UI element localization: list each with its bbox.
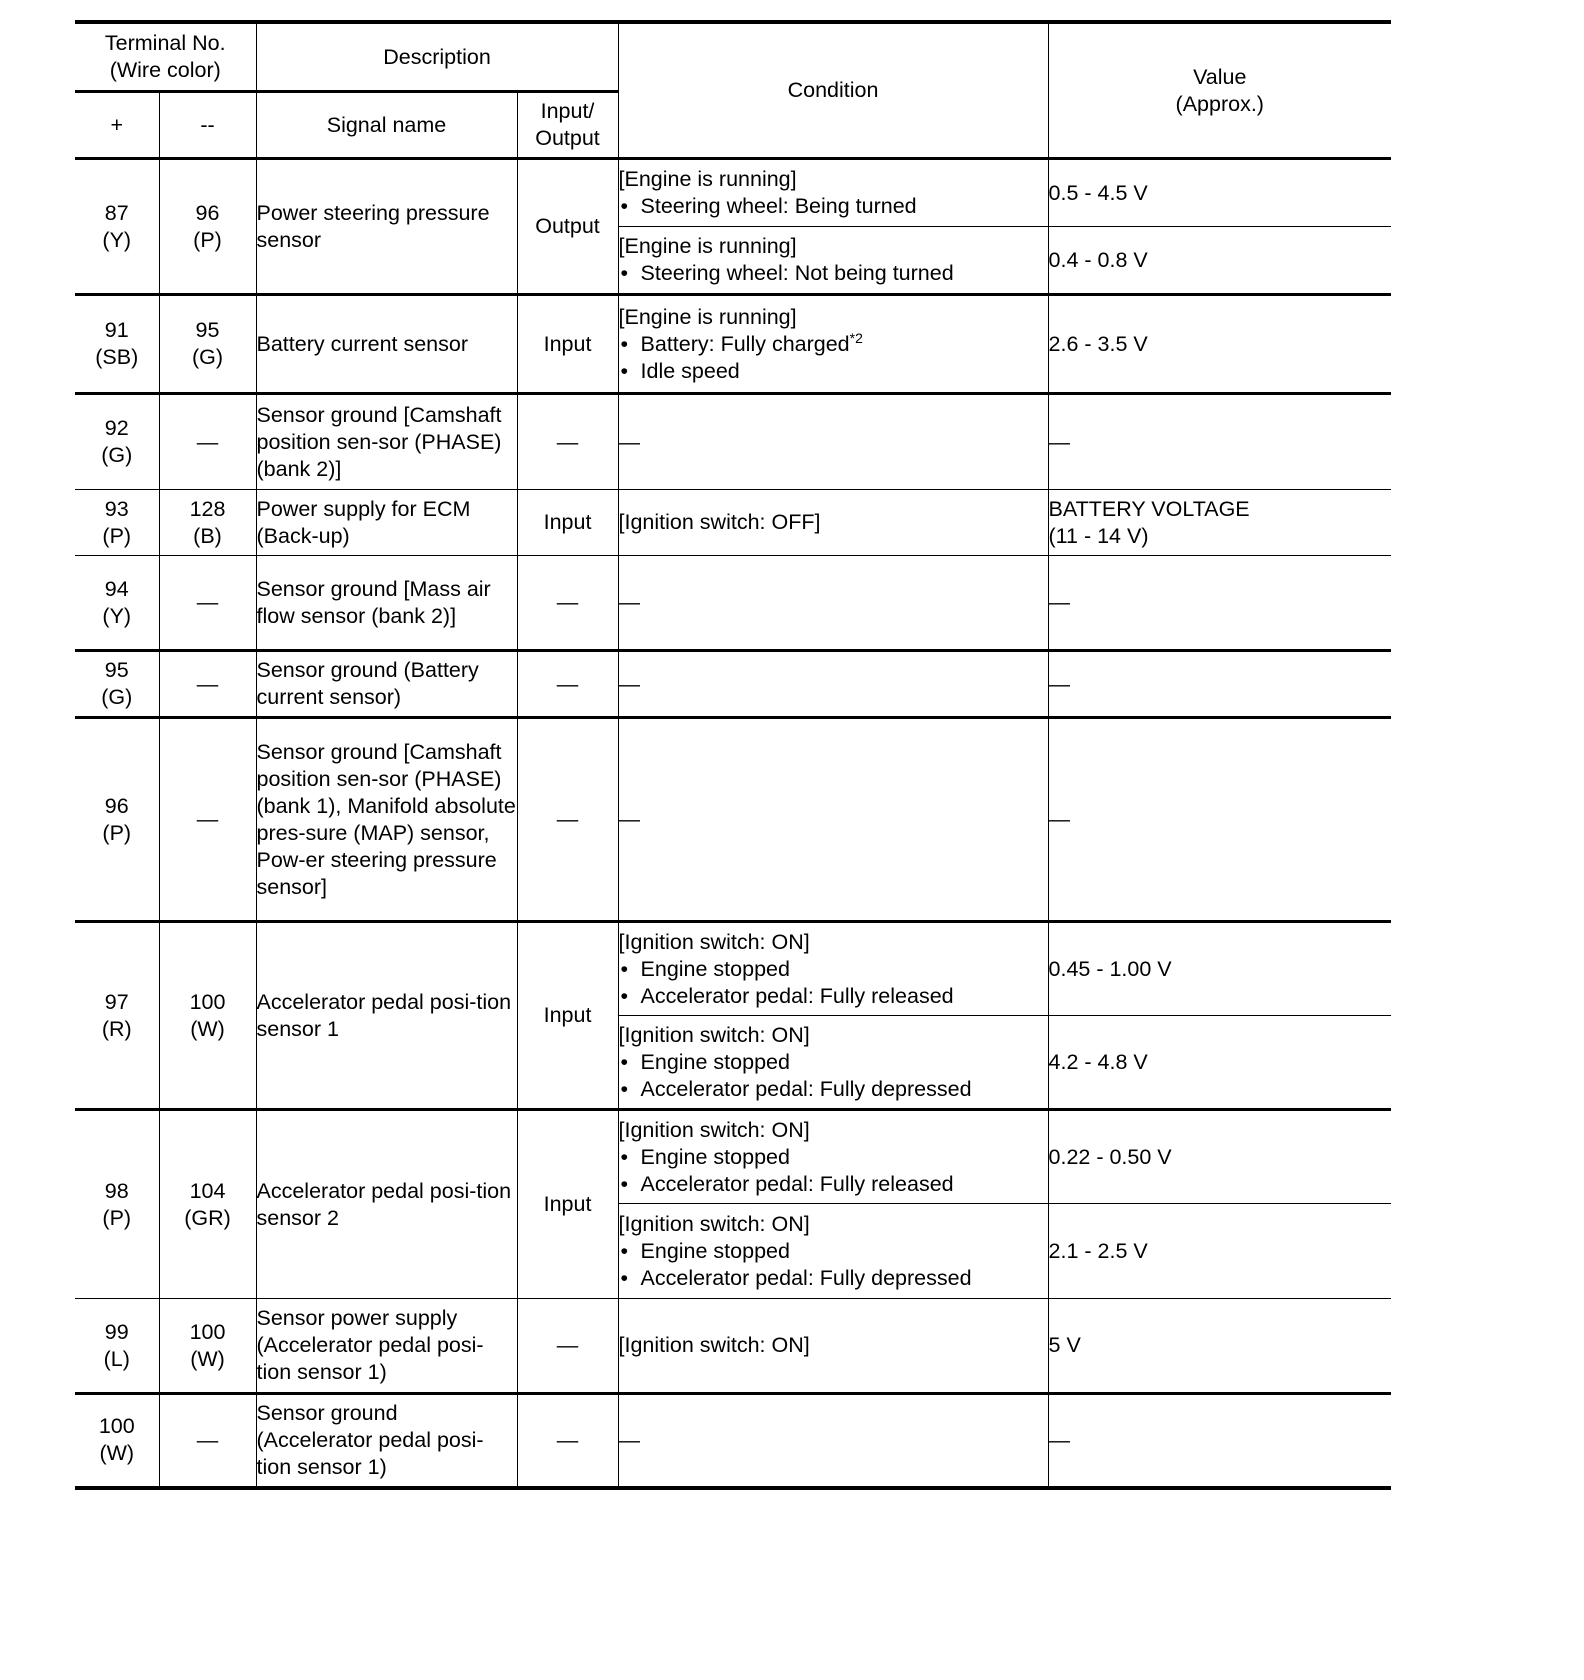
signal-name: Sensor ground [Mass air flow sensor (ban…: [257, 576, 517, 630]
condition-bullet-text: Idle speed: [641, 359, 740, 383]
value-text: —: [1049, 589, 1392, 616]
value-text: —: [1049, 671, 1392, 698]
value-text: —: [1049, 429, 1392, 456]
value-text: 0.22 - 0.50 V: [1049, 1144, 1392, 1171]
condition-cell: [Ignition switch: ON]: [618, 1299, 1048, 1394]
condition-heading: [Ignition switch: ON]: [619, 1117, 1048, 1144]
value-text: 2.1 - 2.5 V: [1049, 1238, 1392, 1265]
signal-name: Sensor power supply (Accelerator pedal p…: [257, 1305, 517, 1386]
condition-bullet-text: Accelerator pedal: Fully released: [641, 1172, 954, 1196]
value-header: Value (Approx.): [1048, 22, 1391, 159]
condition-bullet: Engine stopped: [619, 1144, 1048, 1171]
plus-wire-color: (G): [75, 684, 159, 711]
minus-terminal-no: —: [160, 1427, 256, 1454]
signal-name: Accelerator pedal posi-tion sensor 2: [257, 1178, 517, 1232]
condition-cell: [Engine is running]Steering wheel: Being…: [618, 159, 1048, 227]
minus-wire-color: (GR): [160, 1205, 256, 1232]
condition-cell: —: [618, 651, 1048, 718]
condition-bullet: Accelerator pedal: Fully depressed: [619, 1265, 1048, 1292]
table-row: 92(G)—Sensor ground [Camshaft position s…: [75, 394, 1391, 490]
footnote-marker: *2: [850, 329, 863, 345]
condition-heading: [Ignition switch: ON]: [619, 1022, 1048, 1049]
plus-terminal-no: 97: [75, 989, 159, 1016]
plus-wire-color: (G): [75, 442, 159, 469]
condition-bullet-text: Engine stopped: [641, 1145, 790, 1169]
condition-heading: —: [619, 1427, 1048, 1454]
value-cell: 2.1 - 2.5 V: [1048, 1204, 1391, 1299]
io-direction: —: [518, 589, 618, 616]
condition-cell: [Ignition switch: ON]Engine stoppedAccel…: [618, 1204, 1048, 1299]
io-cell: —: [517, 651, 618, 718]
minus-wire-color: (W): [160, 1346, 256, 1373]
plus-terminal-cell: 91(SB): [75, 295, 159, 394]
plus-terminal-cell: 96(P): [75, 718, 159, 922]
value-text: 2.6 - 3.5 V: [1049, 331, 1392, 358]
minus-terminal-cell: 100(W): [159, 1299, 256, 1394]
minus-header: --: [159, 92, 256, 159]
signal-name: Accelerator pedal posi-tion sensor 1: [257, 989, 517, 1043]
io-cell: —: [517, 556, 618, 651]
condition-bullet-text: Battery: Fully charged: [641, 332, 850, 356]
minus-terminal-no: 100: [160, 1319, 256, 1346]
value-cell: BATTERY VOLTAGE(11 - 14 V): [1048, 490, 1391, 556]
condition-bullet: Steering wheel: Not being turned: [619, 260, 1048, 287]
condition-bullet-text: Engine stopped: [641, 957, 790, 981]
minus-terminal-no: —: [160, 429, 256, 456]
condition-bullet-text: Accelerator pedal: Fully depressed: [641, 1266, 972, 1290]
plus-terminal-no: 94: [75, 576, 159, 603]
minus-terminal-cell: —: [159, 651, 256, 718]
plus-terminal-cell: 100(W): [75, 1394, 159, 1488]
plus-terminal-cell: 87(Y): [75, 159, 159, 295]
minus-terminal-no: —: [160, 589, 256, 616]
condition-heading: [Engine is running]: [619, 304, 1048, 331]
plus-wire-color: (SB): [75, 344, 159, 371]
value-text: —: [1049, 1427, 1392, 1454]
minus-terminal-cell: —: [159, 394, 256, 490]
condition-cell: —: [618, 394, 1048, 490]
minus-wire-color: (B): [160, 523, 256, 550]
io-cell: —: [517, 718, 618, 922]
minus-terminal-no: 96: [160, 200, 256, 227]
condition-cell: —: [618, 718, 1048, 922]
signal-name: Battery current sensor: [257, 331, 517, 358]
condition-bullet: Engine stopped: [619, 1049, 1048, 1076]
condition-heading: [Ignition switch: ON]: [619, 1211, 1048, 1238]
minus-terminal-no: —: [160, 806, 256, 833]
plus-terminal-cell: 93(P): [75, 490, 159, 556]
io-direction: —: [518, 1332, 618, 1359]
plus-wire-color: (R): [75, 1016, 159, 1043]
value-cell: 4.2 - 4.8 V: [1048, 1016, 1391, 1110]
condition-bullet: Engine stopped: [619, 1238, 1048, 1265]
condition-bullet: Steering wheel: Being turned: [619, 193, 1048, 220]
plus-header: +: [75, 92, 159, 159]
plus-terminal-no: 92: [75, 415, 159, 442]
plus-terminal-cell: 94(Y): [75, 556, 159, 651]
condition-heading: —: [619, 671, 1048, 698]
io-label-line1: Input/: [518, 98, 618, 125]
io-direction: Output: [518, 213, 618, 240]
io-label-line2: Output: [518, 125, 618, 152]
signal-name-cell: Sensor power supply (Accelerator pedal p…: [256, 1299, 517, 1394]
minus-terminal-no: —: [160, 671, 256, 698]
terminal-no-header: Terminal No. (Wire color): [75, 22, 256, 92]
plus-terminal-no: 99: [75, 1319, 159, 1346]
plus-terminal-no: 93: [75, 496, 159, 523]
io-direction: —: [518, 429, 618, 456]
plus-terminal-no: 98: [75, 1178, 159, 1205]
plus-terminal-cell: 98(P): [75, 1110, 159, 1299]
minus-terminal-no: 95: [160, 317, 256, 344]
condition-bullet-text: Accelerator pedal: Fully released: [641, 984, 954, 1008]
plus-terminal-no: 100: [75, 1413, 159, 1440]
io-direction: Input: [518, 1191, 618, 1218]
terminal-no-label: Terminal No.: [75, 30, 256, 57]
minus-wire-color: (G): [160, 344, 256, 371]
plus-wire-color: (P): [75, 820, 159, 847]
minus-terminal-no: 104: [160, 1178, 256, 1205]
io-direction: —: [518, 1427, 618, 1454]
value-text: —: [1049, 806, 1392, 833]
io-direction: —: [518, 806, 618, 833]
io-cell: Output: [517, 159, 618, 295]
signal-name-cell: Sensor ground [Camshaft position sen-sor…: [256, 718, 517, 922]
condition-bullet: Accelerator pedal: Fully released: [619, 983, 1048, 1010]
signal-name-cell: Sensor ground (Battery current sensor): [256, 651, 517, 718]
table-row: 99(L)100(W)Sensor power supply (Accelera…: [75, 1299, 1391, 1394]
table-row: 87(Y)96(P)Power steering pressure sensor…: [75, 159, 1391, 227]
minus-terminal-cell: 95(G): [159, 295, 256, 394]
plus-terminal-cell: 97(R): [75, 922, 159, 1110]
io-cell: —: [517, 1299, 618, 1394]
description-header: Description: [256, 22, 618, 92]
minus-terminal-cell: 96(P): [159, 159, 256, 295]
table-row: 96(P)—Sensor ground [Camshaft position s…: [75, 718, 1391, 922]
plus-terminal-cell: 99(L): [75, 1299, 159, 1394]
signal-name: Sensor ground (Accelerator pedal posi-ti…: [257, 1400, 517, 1481]
minus-wire-color: (W): [160, 1016, 256, 1043]
value-cell: 0.45 - 1.00 V: [1048, 922, 1391, 1016]
plus-wire-color: (P): [75, 1205, 159, 1232]
table-body: 87(Y)96(P)Power steering pressure sensor…: [75, 159, 1391, 1488]
signal-name: Sensor ground (Battery current sensor): [257, 657, 517, 711]
io-cell: —: [517, 1394, 618, 1488]
table-row: 100(W)—Sensor ground (Accelerator pedal …: [75, 1394, 1391, 1488]
plus-terminal-no: 87: [75, 200, 159, 227]
table-row: 95(G)—Sensor ground (Battery current sen…: [75, 651, 1391, 718]
value-text: 4.2 - 4.8 V: [1049, 1049, 1392, 1076]
table-row: 97(R)100(W)Accelerator pedal posi-tion s…: [75, 922, 1391, 1016]
wire-color-label: (Wire color): [75, 57, 256, 84]
condition-heading: —: [619, 589, 1048, 616]
condition-bullet: Idle speed: [619, 358, 1048, 385]
table-row: 98(P)104(GR)Accelerator pedal posi-tion …: [75, 1110, 1391, 1204]
value-approx-label: (Approx.): [1049, 91, 1392, 118]
value-subtext: (11 - 14 V): [1049, 523, 1392, 550]
condition-heading: [Ignition switch: ON]: [619, 1332, 1048, 1359]
signal-name: Power steering pressure sensor: [257, 200, 517, 254]
minus-terminal-cell: —: [159, 1394, 256, 1488]
condition-heading: [Ignition switch: OFF]: [619, 509, 1048, 536]
signal-name: Sensor ground [Camshaft position sen-sor…: [257, 402, 517, 483]
signal-name-cell: Accelerator pedal posi-tion sensor 1: [256, 922, 517, 1110]
header-row-1: Terminal No. (Wire color) Description Co…: [75, 22, 1391, 92]
condition-bullet-text: Steering wheel: Being turned: [641, 194, 917, 218]
condition-heading: —: [619, 806, 1048, 833]
io-direction: Input: [518, 331, 618, 358]
plus-terminal-no: 96: [75, 793, 159, 820]
signal-name-header: Signal name: [256, 92, 517, 159]
condition-cell: [Ignition switch: ON]Engine stoppedAccel…: [618, 1016, 1048, 1110]
value-label: Value: [1049, 64, 1392, 91]
condition-header: Condition: [618, 22, 1048, 159]
value-text: BATTERY VOLTAGE: [1049, 496, 1392, 523]
plus-terminal-cell: 95(G): [75, 651, 159, 718]
minus-terminal-cell: 100(W): [159, 922, 256, 1110]
io-cell: Input: [517, 490, 618, 556]
condition-cell: —: [618, 1394, 1048, 1488]
value-cell: —: [1048, 556, 1391, 651]
condition-cell: [Ignition switch: OFF]: [618, 490, 1048, 556]
minus-terminal-cell: —: [159, 556, 256, 651]
io-cell: Input: [517, 1110, 618, 1299]
minus-terminal-cell: —: [159, 718, 256, 922]
condition-heading: [Ignition switch: ON]: [619, 929, 1048, 956]
plus-wire-color: (P): [75, 523, 159, 550]
value-cell: 0.4 - 0.8 V: [1048, 227, 1391, 295]
condition-heading: [Engine is running]: [619, 166, 1048, 193]
value-text: 0.5 - 4.5 V: [1049, 180, 1392, 207]
minus-terminal-cell: 104(GR): [159, 1110, 256, 1299]
signal-name-cell: Battery current sensor: [256, 295, 517, 394]
io-direction: Input: [518, 509, 618, 536]
value-cell: —: [1048, 1394, 1391, 1488]
value-cell: 2.6 - 3.5 V: [1048, 295, 1391, 394]
signal-name-cell: Sensor ground [Mass air flow sensor (ban…: [256, 556, 517, 651]
plus-wire-color: (Y): [75, 227, 159, 254]
value-text: 0.45 - 1.00 V: [1049, 956, 1392, 983]
signal-name-cell: Accelerator pedal posi-tion sensor 2: [256, 1110, 517, 1299]
condition-cell: —: [618, 556, 1048, 651]
condition-cell: [Engine is running]Steering wheel: Not b…: [618, 227, 1048, 295]
condition-cell: [Ignition switch: ON]Engine stoppedAccel…: [618, 922, 1048, 1016]
minus-terminal-cell: 128(B): [159, 490, 256, 556]
condition-bullet-text: Steering wheel: Not being turned: [641, 261, 954, 285]
minus-wire-color: (P): [160, 227, 256, 254]
signal-name-cell: Power steering pressure sensor: [256, 159, 517, 295]
plus-terminal-no: 91: [75, 317, 159, 344]
value-text: 5 V: [1049, 1332, 1392, 1359]
plus-wire-color: (W): [75, 1440, 159, 1467]
condition-cell: [Engine is running]Battery: Fully charge…: [618, 295, 1048, 394]
value-cell: —: [1048, 718, 1391, 922]
io-direction: —: [518, 671, 618, 698]
value-cell: 0.5 - 4.5 V: [1048, 159, 1391, 227]
table-row: 91(SB)95(G)Battery current sensorInput[E…: [75, 295, 1391, 394]
io-cell: —: [517, 394, 618, 490]
plus-wire-color: (Y): [75, 603, 159, 630]
terminal-spec-table: Terminal No. (Wire color) Description Co…: [75, 20, 1391, 1490]
plus-wire-color: (L): [75, 1346, 159, 1373]
condition-bullet: Battery: Fully charged*2: [619, 331, 1048, 358]
condition-heading: [Engine is running]: [619, 233, 1048, 260]
io-cell: Input: [517, 922, 618, 1110]
condition-bullet: Accelerator pedal: Fully depressed: [619, 1076, 1048, 1103]
signal-name-cell: Power supply for ECM (Back-up): [256, 490, 517, 556]
value-cell: 0.22 - 0.50 V: [1048, 1110, 1391, 1204]
signal-name-cell: Sensor ground [Camshaft position sen-sor…: [256, 394, 517, 490]
condition-heading: —: [619, 429, 1048, 456]
table-row: 93(P)128(B)Power supply for ECM (Back-up…: [75, 490, 1391, 556]
value-cell: —: [1048, 394, 1391, 490]
io-header: Input/ Output: [517, 92, 618, 159]
value-cell: 5 V: [1048, 1299, 1391, 1394]
condition-cell: [Ignition switch: ON]Engine stoppedAccel…: [618, 1110, 1048, 1204]
condition-bullet: Accelerator pedal: Fully released: [619, 1171, 1048, 1198]
value-text: 0.4 - 0.8 V: [1049, 247, 1392, 274]
condition-bullet-text: Accelerator pedal: Fully depressed: [641, 1077, 972, 1101]
signal-name: Power supply for ECM (Back-up): [257, 496, 517, 550]
minus-terminal-no: 128: [160, 496, 256, 523]
io-cell: Input: [517, 295, 618, 394]
table-row: 94(Y)—Sensor ground [Mass air flow senso…: [75, 556, 1391, 651]
minus-terminal-no: 100: [160, 989, 256, 1016]
signal-name: Sensor ground [Camshaft position sen-sor…: [257, 739, 517, 901]
condition-bullet-text: Engine stopped: [641, 1239, 790, 1263]
io-direction: Input: [518, 1002, 618, 1029]
plus-terminal-no: 95: [75, 657, 159, 684]
condition-bullet-text: Engine stopped: [641, 1050, 790, 1074]
signal-name-cell: Sensor ground (Accelerator pedal posi-ti…: [256, 1394, 517, 1488]
condition-bullet: Engine stopped: [619, 956, 1048, 983]
value-cell: —: [1048, 651, 1391, 718]
plus-terminal-cell: 92(G): [75, 394, 159, 490]
